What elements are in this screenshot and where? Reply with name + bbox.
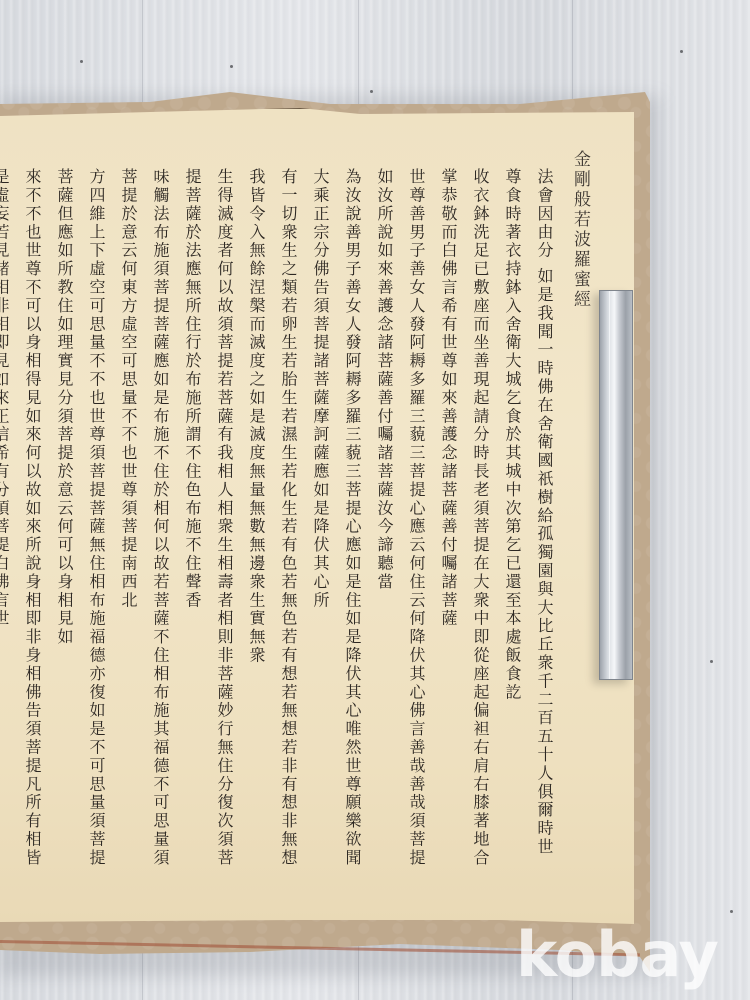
wall-speck (730, 910, 733, 913)
text-column: 有一切衆生之類若卵生若胎生若濕生若化生若有色若無色若有想若無想若非有想非無想我皆… (240, 168, 304, 868)
text-column: 方四維上下虛空可思量不不也世尊須菩提菩薩無住相布施福德亦復如是不可思量須菩提菩薩… (48, 168, 112, 868)
text-column: 世尊善男子善女人發阿耨多羅三藐三菩提心應云何住云何降伏其心佛言善哉善哉須菩提如汝… (368, 168, 432, 868)
wall-speck (680, 50, 683, 53)
sutra-text-columns: 法會因由分 如是我聞一時佛在舍衛國祇樹給孤獨園與大比丘衆千二百五十人俱爾時世尊食… (0, 168, 560, 868)
wall-speck (230, 65, 233, 68)
kobay-watermark: kobay (516, 918, 718, 991)
text-column: 來不不也世尊不可以身相得見如來何以故如來所說身相即非身相佛告須菩提凡所有相皆是虛… (0, 168, 48, 868)
wall-speck (710, 660, 713, 663)
metal-paperweight-bar (599, 290, 633, 680)
text-column: 生得滅度者何以故須菩提若菩薩有我相人相衆生相壽者相則非菩薩妙行無住分復次須菩提菩… (176, 168, 240, 868)
text-column: 為汝說善男子善女人發阿耨多羅三藐三菩提心應如是住如是降伏其心唯然世尊願樂欲聞大乘… (304, 168, 368, 868)
wall-speck (370, 90, 373, 93)
sutra-title: 金剛般若波羅蜜經 (567, 150, 593, 310)
text-column: 味觸法布施須菩提菩薩應如是布施不住於相何以故若菩薩不住相布施其福德不可思量須菩提… (112, 168, 176, 868)
text-column: 法會因由分 如是我聞一時佛在舍衛國祇樹給孤獨園與大比丘衆千二百五十人俱爾時世尊食… (496, 168, 560, 868)
wall-speck (80, 60, 83, 63)
text-column: 收衣鉢洗足已敷座而坐善現起請分時長老須菩提在大衆中即從座起偏袒右肩右膝著地合掌恭… (432, 168, 496, 868)
